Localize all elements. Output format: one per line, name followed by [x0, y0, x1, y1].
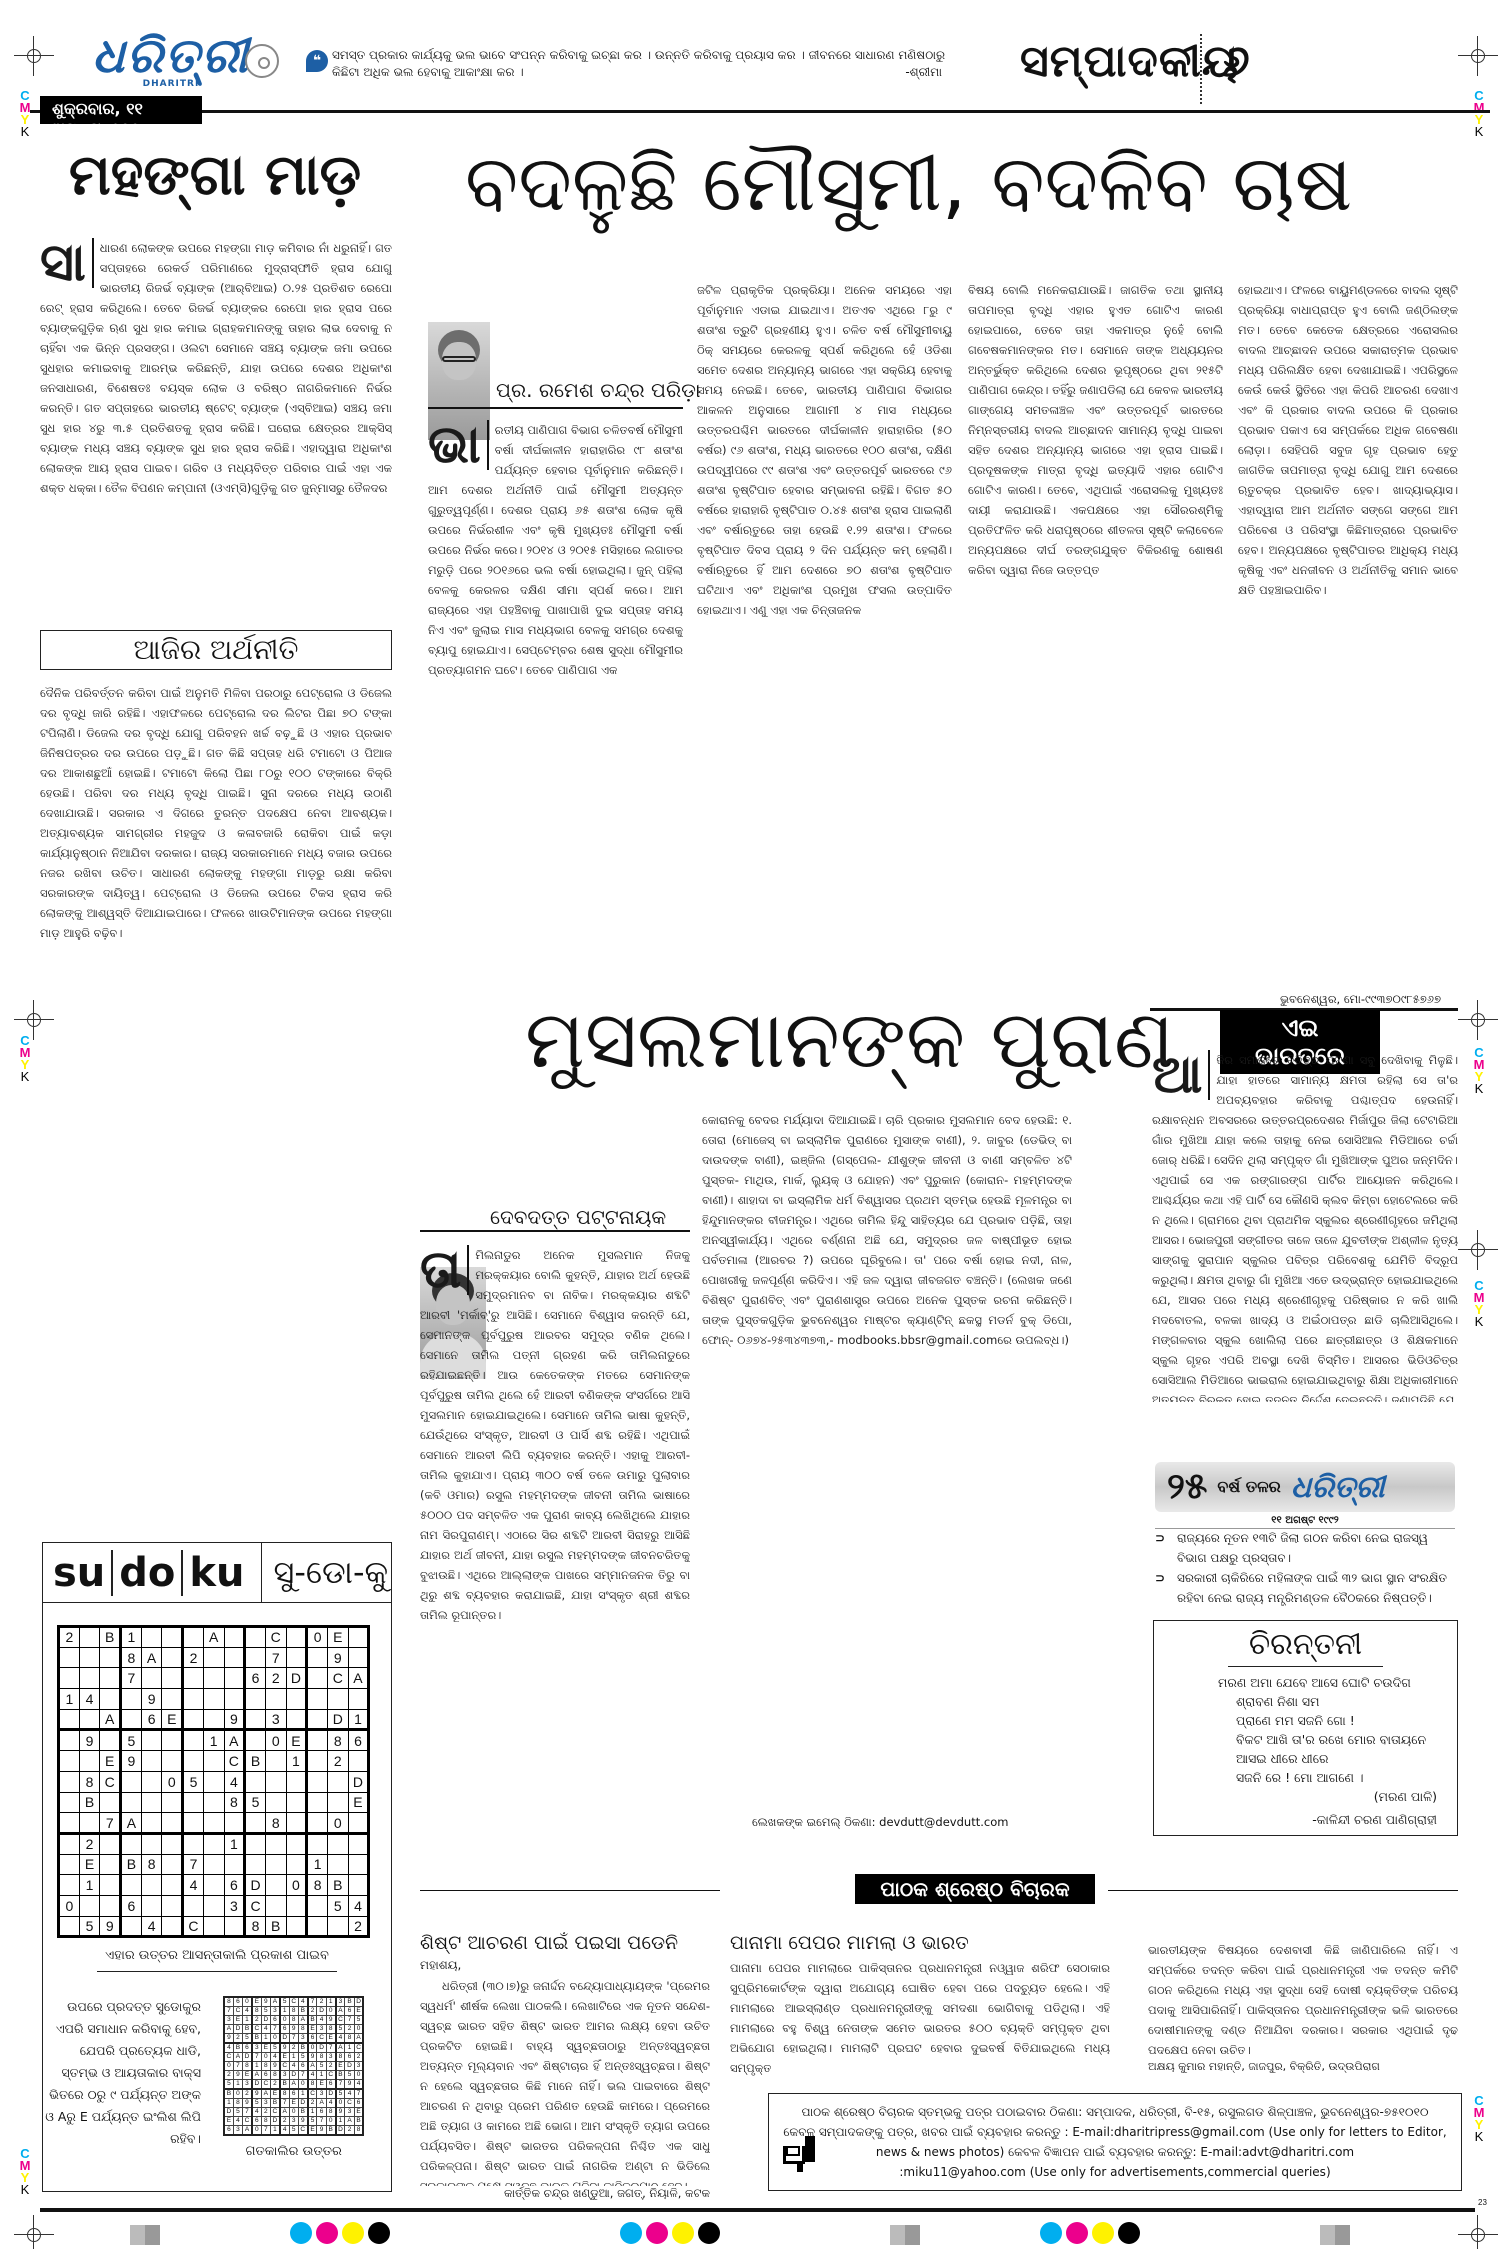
- sudoku-cell[interactable]: [245, 1833, 266, 1854]
- sudoku-cell[interactable]: [327, 1854, 348, 1875]
- sudoku-cell[interactable]: [203, 1668, 224, 1689]
- sudoku-cell[interactable]: [307, 1916, 328, 1937]
- lead-article-signoff: ଭୁବନେଶ୍ୱର, ମୋ-୯୯୩୭୦୯୮୫୭୬୭: [1280, 992, 1441, 1007]
- sudoku-cell[interactable]: E: [348, 1792, 369, 1813]
- letter-signer: ଅକ୍ଷୟ କୁମାର ମହାନ୍ତି, ଜାଜପୁର, ବିକ୍ରିତି, ଉ…: [1148, 2060, 1380, 2074]
- solution-cell: 8: [261, 2062, 270, 2071]
- solution-cell: 9: [326, 2016, 335, 2025]
- sudoku-cell[interactable]: 4: [79, 1689, 100, 1710]
- sudoku-cell[interactable]: [245, 1813, 266, 1834]
- solution-cell: 6: [354, 2099, 363, 2108]
- sudoku-cell[interactable]: 0: [307, 1627, 328, 1648]
- advt-email-alt[interactable]: :miku11@yahoo.com (Use only for advertis…: [779, 2162, 1451, 2182]
- sudoku-cell[interactable]: [286, 1854, 307, 1875]
- solution-cell: A: [345, 2117, 354, 2126]
- sudoku-cell[interactable]: 9: [224, 1709, 245, 1730]
- previous-solution-grid: 860E9A5C47213BD7C485318B2D0A6E3E12D608AB…: [223, 1996, 364, 2136]
- sudoku-cell[interactable]: [162, 1854, 183, 1875]
- sudoku-cell[interactable]: 1: [79, 1875, 100, 1896]
- sudoku-cell[interactable]: [307, 1792, 328, 1813]
- sudoku-cell[interactable]: [203, 1875, 224, 1896]
- sudoku-cell[interactable]: 6: [348, 1730, 369, 1751]
- sudoku-cell[interactable]: [245, 1627, 266, 1648]
- solution-cell: A: [289, 2080, 298, 2090]
- sudoku-cell[interactable]: [183, 1709, 204, 1730]
- sudoku-cell[interactable]: A: [203, 1627, 224, 1648]
- solution-cell: D: [289, 2071, 298, 2080]
- sudoku-cell[interactable]: B: [245, 1751, 266, 1772]
- sudoku-cell[interactable]: [245, 1771, 266, 1792]
- sudoku-cell[interactable]: [245, 1709, 266, 1730]
- sudoku-cell[interactable]: [59, 1668, 80, 1689]
- sudoku-cell[interactable]: [121, 1771, 142, 1792]
- sudoku-cell[interactable]: [224, 1813, 245, 1834]
- sudoku-cell[interactable]: [59, 1916, 80, 1937]
- sudoku-cell[interactable]: [183, 1668, 204, 1689]
- sudoku-cell[interactable]: B: [265, 1916, 286, 1937]
- sudoku-cell[interactable]: [203, 1916, 224, 1937]
- sudoku-cell[interactable]: 1: [203, 1730, 224, 1751]
- solution-cell: 9: [270, 2062, 279, 2071]
- sudoku-cell[interactable]: C: [327, 1668, 348, 1689]
- sudoku-cell[interactable]: [307, 1833, 328, 1854]
- sudoku-cell[interactable]: 3: [265, 1709, 286, 1730]
- sudoku-cell[interactable]: 9: [100, 1916, 121, 1937]
- sudoku-cell[interactable]: 9: [327, 1647, 348, 1668]
- sudoku-cell[interactable]: [265, 1771, 286, 1792]
- sudoku-cell[interactable]: [265, 1895, 286, 1916]
- sudoku-answer-note: ଏହାର ଉତ୍ତର ଆସନ୍ତାକାଲି ପ୍ରକାଶ ପାଇବ: [43, 1948, 391, 1963]
- sudoku-cell[interactable]: D: [245, 1875, 266, 1896]
- sudoku-cell[interactable]: [265, 1854, 286, 1875]
- sudoku-cell[interactable]: [203, 1813, 224, 1834]
- sudoku-cell[interactable]: [100, 1689, 121, 1710]
- solution-cell: D: [326, 2089, 335, 2099]
- solution-cell: 7: [252, 2053, 261, 2062]
- sudoku-cell[interactable]: 0: [59, 1895, 80, 1916]
- sudoku-cell[interactable]: [203, 1647, 224, 1668]
- sudoku-cell[interactable]: 8: [121, 1647, 142, 1668]
- sudoku-cell[interactable]: [265, 1751, 286, 1772]
- sudoku-cell[interactable]: 8: [245, 1916, 266, 1937]
- sudoku-cell[interactable]: 6: [141, 1709, 162, 1730]
- sudoku-cell[interactable]: C: [100, 1771, 121, 1792]
- sudoku-cell[interactable]: B: [79, 1792, 100, 1813]
- solution-cell: 3: [233, 2126, 242, 2136]
- sudoku-cell[interactable]: [121, 1709, 142, 1730]
- sudoku-cell[interactable]: [183, 1895, 204, 1916]
- solution-cell: 7: [308, 1997, 317, 2007]
- byline-rule: [420, 1230, 690, 1232]
- solution-cell: B: [308, 2016, 317, 2025]
- sudoku-cell[interactable]: [162, 1627, 183, 1648]
- sudoku-cell[interactable]: [327, 1689, 348, 1710]
- sudoku-cell[interactable]: [183, 1813, 204, 1834]
- sudoku-cell[interactable]: B: [327, 1875, 348, 1896]
- sudoku-cell[interactable]: [245, 1854, 266, 1875]
- sudoku-cell[interactable]: [59, 1875, 80, 1896]
- sudoku-cell[interactable]: [307, 1668, 328, 1689]
- sudoku-cell[interactable]: [183, 1792, 204, 1813]
- sudoku-cell[interactable]: 5: [327, 1895, 348, 1916]
- sudoku-cell[interactable]: 7: [121, 1668, 142, 1689]
- sudoku-cell[interactable]: A: [224, 1730, 245, 1751]
- solution-cell: 8: [298, 2025, 307, 2034]
- sudoku-cell[interactable]: [286, 1833, 307, 1854]
- sudoku-cell[interactable]: [245, 1647, 266, 1668]
- byline-rule: [428, 407, 683, 409]
- sudoku-cell[interactable]: C: [245, 1895, 266, 1916]
- solution-cell: B: [298, 2108, 307, 2117]
- sudoku-cell[interactable]: [245, 1689, 266, 1710]
- solution-cell: 4: [354, 2080, 363, 2090]
- sudoku-cell[interactable]: [162, 1647, 183, 1668]
- solution-cell: 6: [243, 2043, 252, 2053]
- sudoku-cell[interactable]: [59, 1813, 80, 1834]
- sudoku-cell[interactable]: 0: [286, 1875, 307, 1896]
- sudoku-cell[interactable]: [79, 1647, 100, 1668]
- sudoku-cell[interactable]: 0: [265, 1730, 286, 1751]
- sudoku-cell[interactable]: [327, 1771, 348, 1792]
- sudoku-cell[interactable]: 4: [224, 1771, 245, 1792]
- solution-cell: 4: [280, 2126, 289, 2136]
- sudoku-cell[interactable]: 1: [307, 1854, 328, 1875]
- sudoku-cell[interactable]: [307, 1647, 328, 1668]
- sudoku-cell[interactable]: [307, 1689, 328, 1710]
- sudoku-cell[interactable]: 5: [245, 1792, 266, 1813]
- sudoku-cell[interactable]: [286, 1916, 307, 1937]
- sudoku-cell[interactable]: 8: [141, 1854, 162, 1875]
- solution-cell: 1: [326, 1997, 335, 2007]
- sudoku-cell[interactable]: [286, 1627, 307, 1648]
- sudoku-cell[interactable]: [59, 1854, 80, 1875]
- sudoku-cell[interactable]: [203, 1792, 224, 1813]
- sudoku-cell[interactable]: 4: [183, 1875, 204, 1896]
- sudoku-cell[interactable]: [348, 1647, 369, 1668]
- sudoku-cell[interactable]: [183, 1833, 204, 1854]
- sudoku-cell[interactable]: [59, 1751, 80, 1772]
- sudoku-cell[interactable]: [307, 1709, 328, 1730]
- sudoku-cell[interactable]: [348, 1875, 369, 1896]
- sudoku-cell[interactable]: 8: [327, 1730, 348, 1751]
- sudoku-cell[interactable]: [100, 1647, 121, 1668]
- sudoku-cell[interactable]: [327, 1792, 348, 1813]
- sudoku-cell[interactable]: A: [348, 1668, 369, 1689]
- sudoku-cell[interactable]: E: [327, 1627, 348, 1648]
- solution-cell: E: [317, 2080, 326, 2090]
- sudoku-cell[interactable]: [141, 1771, 162, 1792]
- masthead: ଧରିତ୍ରୀ DHARITRI ଶୁକ୍ରବାର, ୧୧ ଅଗଷ୍ଟ, ୨୦୧…: [0, 0, 1500, 34]
- solution-cell: 5: [270, 2043, 279, 2053]
- solution-cell: B: [270, 2099, 279, 2108]
- sudoku-cell[interactable]: 2: [183, 1647, 204, 1668]
- solution-cell: 7: [280, 2099, 289, 2108]
- solution-cell: 4: [289, 2062, 298, 2071]
- sudoku-cell[interactable]: 8: [79, 1771, 100, 1792]
- solution-cell: 4: [308, 2071, 317, 2080]
- solution-cell: 0: [252, 2126, 261, 2136]
- sudoku-cell[interactable]: B: [100, 1627, 121, 1648]
- sudoku-cell[interactable]: 5: [183, 1771, 204, 1792]
- sudoku-cell[interactable]: C: [183, 1916, 204, 1937]
- sudoku-cell[interactable]: [307, 1730, 328, 1751]
- sudoku-cell[interactable]: [224, 1668, 245, 1689]
- solution-cell: 2: [354, 2053, 363, 2062]
- quote-of-the-day: ସମସ୍ତ ପ୍ରକାର କାର୍ଯ୍ୟକୁ ଭଲ ଭାବେ ସଂପନ୍ନ କର…: [332, 47, 972, 81]
- sudoku-cell[interactable]: [348, 1751, 369, 1772]
- sudoku-cell[interactable]: [286, 1792, 307, 1813]
- solution-cell: 6: [252, 2117, 261, 2126]
- sudoku-cell[interactable]: B: [121, 1854, 142, 1875]
- sudoku-cell[interactable]: 8: [265, 1813, 286, 1834]
- solution-cell: 2: [233, 2034, 242, 2044]
- sudoku-cell[interactable]: [203, 1771, 224, 1792]
- sudoku-cell[interactable]: [79, 1813, 100, 1834]
- sudoku-cell[interactable]: [79, 1709, 100, 1730]
- sudoku-cell[interactable]: 4: [348, 1895, 369, 1916]
- solution-cell: 6: [280, 2025, 289, 2034]
- sudoku-cell[interactable]: 2: [348, 1916, 369, 1937]
- sudoku-cell[interactable]: 3: [224, 1895, 245, 1916]
- sudoku-cell[interactable]: 0: [327, 1813, 348, 1834]
- solution-cell: B: [345, 1997, 354, 2007]
- sudoku-cell[interactable]: [141, 1875, 162, 1896]
- solution-cell: 6: [317, 2108, 326, 2117]
- sudoku-cell[interactable]: 0: [162, 1771, 183, 1792]
- sudoku-cell[interactable]: A: [100, 1709, 121, 1730]
- letter-title: ପାନାମା ପେପର ମାମଲା ଓ ଭାରତ: [730, 1930, 969, 1956]
- solution-cell: 9: [224, 2034, 233, 2044]
- solution-cell: C: [224, 2053, 233, 2062]
- sudoku-cell[interactable]: 1: [348, 1709, 369, 1730]
- sudoku-cell[interactable]: [265, 1833, 286, 1854]
- sudoku-cell[interactable]: 7: [265, 1647, 286, 1668]
- sudoku-cell[interactable]: [307, 1771, 328, 1792]
- sudoku-cell[interactable]: [286, 1647, 307, 1668]
- sudoku-cell[interactable]: [265, 1792, 286, 1813]
- dharitri-logo[interactable]: ଧରିତ୍ରୀ DHARITRI: [92, 28, 250, 89]
- sudoku-cell[interactable]: [203, 1895, 224, 1916]
- sudoku-cell[interactable]: [162, 1875, 183, 1896]
- sudoku-cell[interactable]: [162, 1792, 183, 1813]
- sudoku-cell[interactable]: [203, 1709, 224, 1730]
- sudoku-cell[interactable]: [183, 1689, 204, 1710]
- sudoku-cell[interactable]: [100, 1854, 121, 1875]
- sudoku-cell[interactable]: 8: [307, 1875, 328, 1896]
- sudoku-cell[interactable]: [327, 1833, 348, 1854]
- sudoku-cell[interactable]: C: [224, 1751, 245, 1772]
- solution-cell: 6: [224, 2126, 233, 2136]
- sudoku-cell[interactable]: [286, 1709, 307, 1730]
- solution-cell: E: [336, 2062, 345, 2071]
- sudoku-cell[interactable]: 8: [224, 1792, 245, 1813]
- sudoku-cell[interactable]: [245, 1730, 266, 1751]
- sudoku-cell[interactable]: [162, 1730, 183, 1751]
- solution-cell: 3: [224, 2016, 233, 2025]
- sudoku-cell[interactable]: [183, 1730, 204, 1751]
- sudoku-cell[interactable]: [100, 1833, 121, 1854]
- sudoku-cell[interactable]: C: [265, 1627, 286, 1648]
- sudoku-cell[interactable]: [79, 1627, 100, 1648]
- sudoku-cell[interactable]: [59, 1647, 80, 1668]
- sudoku-cell[interactable]: [162, 1916, 183, 1937]
- sudoku-cell[interactable]: [59, 1730, 80, 1751]
- solution-cell: 2: [224, 2071, 233, 2080]
- sudoku-cell[interactable]: [100, 1875, 121, 1896]
- sudoku-cell[interactable]: 2: [265, 1668, 286, 1689]
- sudoku-cell[interactable]: [141, 1730, 162, 1751]
- solution-cell: 1: [317, 2071, 326, 2080]
- sudoku-cell[interactable]: 9: [79, 1730, 100, 1751]
- sudoku-cell[interactable]: [100, 1668, 121, 1689]
- sudoku-cell[interactable]: [224, 1647, 245, 1668]
- sudoku-cell[interactable]: [327, 1916, 348, 1937]
- sudoku-cell[interactable]: [224, 1627, 245, 1648]
- sudoku-cell[interactable]: E: [286, 1730, 307, 1751]
- sudoku-cell[interactable]: 5: [121, 1730, 142, 1751]
- sudoku-cell[interactable]: [162, 1668, 183, 1689]
- cmyk-marker: CMYK: [18, 90, 32, 138]
- sudoku-cell[interactable]: [162, 1689, 183, 1710]
- sudoku-cell[interactable]: [307, 1751, 328, 1772]
- sudoku-cell[interactable]: [121, 1689, 142, 1710]
- sudoku-cell[interactable]: D: [327, 1709, 348, 1730]
- sudoku-cell[interactable]: [162, 1833, 183, 1854]
- sudoku-cell[interactable]: A: [121, 1813, 142, 1834]
- sudoku-cell[interactable]: [162, 1895, 183, 1916]
- sudoku-cell[interactable]: [307, 1895, 328, 1916]
- sudoku-cell[interactable]: [224, 1854, 245, 1875]
- sudoku-cell[interactable]: [141, 1813, 162, 1834]
- solution-cell: 6: [345, 2007, 354, 2016]
- sudoku-cell[interactable]: E: [162, 1709, 183, 1730]
- cmyk-marker: CMYK: [18, 2148, 32, 2196]
- solution-cell: 2: [252, 2016, 261, 2025]
- sudoku-cell[interactable]: [183, 1627, 204, 1648]
- sudoku-cell[interactable]: [121, 1792, 142, 1813]
- sudoku-cell[interactable]: [100, 1895, 121, 1916]
- sudoku-cell[interactable]: [79, 1895, 100, 1916]
- sudoku-cell[interactable]: 9: [141, 1689, 162, 1710]
- solution-cell: 0: [233, 2089, 242, 2099]
- sudoku-cell[interactable]: 1: [121, 1627, 142, 1648]
- sudoku-cell[interactable]: [183, 1751, 204, 1772]
- sudoku-cell[interactable]: [348, 1689, 369, 1710]
- sudoku-cell[interactable]: [59, 1833, 80, 1854]
- author-email[interactable]: ଲେଖକଙ୍କ ଇମେଲ୍ ଠିକଣା: devdutt@devdutt.com: [752, 1815, 1008, 1830]
- sudoku-cell[interactable]: 5: [79, 1916, 100, 1937]
- solution-cell: D: [317, 2007, 326, 2016]
- lead-article-title: ବଦଳୁଛି ମୌସୁମୀ, ବଦଳିବ ଚାଷ: [465, 145, 1352, 223]
- solution-cell: 9: [280, 2043, 289, 2053]
- solution-cell: 5: [336, 2025, 345, 2034]
- sudoku-cell[interactable]: [348, 1833, 369, 1854]
- sudoku-cell[interactable]: [59, 1792, 80, 1813]
- sudoku-cell[interactable]: [141, 1833, 162, 1854]
- sudoku-cell[interactable]: 2: [79, 1833, 100, 1854]
- sudoku-cell[interactable]: [121, 1916, 142, 1937]
- sudoku-cell[interactable]: [224, 1916, 245, 1937]
- sudoku-cell[interactable]: [141, 1751, 162, 1772]
- sudoku-cell[interactable]: [203, 1689, 224, 1710]
- sudoku-cell[interactable]: [348, 1813, 369, 1834]
- sudoku-cell[interactable]: [286, 1895, 307, 1916]
- sudoku-cell[interactable]: E: [79, 1854, 100, 1875]
- sudoku-cell[interactable]: [286, 1771, 307, 1792]
- sudoku-cell[interactable]: [286, 1689, 307, 1710]
- sudoku-cell[interactable]: [286, 1813, 307, 1834]
- sudoku-cell[interactable]: [59, 1709, 80, 1730]
- sudoku-grid[interactable]: 2B1AC0E8A279762DCA149A6E93D1951A0E86E9CB…: [57, 1625, 370, 1938]
- sudoku-cell[interactable]: 9: [121, 1751, 142, 1772]
- solution-cell: 2: [243, 2089, 252, 2099]
- sudoku-cell[interactable]: D: [286, 1668, 307, 1689]
- sudoku-cell[interactable]: 2: [327, 1751, 348, 1772]
- sudoku-cell[interactable]: [348, 1627, 369, 1648]
- solution-cell: C: [270, 2108, 279, 2117]
- sudoku-cell[interactable]: [79, 1668, 100, 1689]
- sudoku-cell[interactable]: [348, 1854, 369, 1875]
- sudoku-cell[interactable]: A: [141, 1647, 162, 1668]
- solution-cell: 8: [252, 2007, 261, 2016]
- sudoku-cell[interactable]: [265, 1689, 286, 1710]
- sudoku-cell[interactable]: [162, 1751, 183, 1772]
- sudoku-cell[interactable]: [121, 1833, 142, 1854]
- 25-years-ago-list: ରାଜ୍ୟରେ ନୂତନ ୧୩ଟି ଜିଲା ଗଠନ କରିବା ନେଇ ରାଜ…: [1155, 1528, 1460, 1608]
- sudoku-cell[interactable]: [141, 1792, 162, 1813]
- solution-cell: 4: [298, 1997, 307, 2007]
- chirantani-poem-box: ଚିରନ୍ତନୀ ମରଣ ଅମା ଯେବେ ଆସେ ଘୋଟି ଚଉଦିଗ ଶ୍ର…: [1153, 1620, 1458, 1836]
- sudoku-cell[interactable]: [265, 1875, 286, 1896]
- sudoku-cell[interactable]: 4: [141, 1916, 162, 1937]
- sudoku-cell[interactable]: [203, 1854, 224, 1875]
- sudoku-cell[interactable]: D: [348, 1771, 369, 1792]
- sudoku-cell[interactable]: [203, 1751, 224, 1772]
- sudoku-cell[interactable]: 1: [59, 1689, 80, 1710]
- sudoku-cell[interactable]: 6: [224, 1875, 245, 1896]
- sudoku-cell[interactable]: [141, 1895, 162, 1916]
- solution-cell: C: [289, 1997, 298, 2007]
- sudoku-cell[interactable]: [100, 1730, 121, 1751]
- sudoku-instructions: ଉପରେ ପ୍ରଦତ୍ତ ସୁଡୋକୁର ଏପରି ସମାଧାନ କରିବାକୁ…: [43, 1996, 213, 2159]
- cmyk-marker: CMYK: [1472, 1047, 1486, 1095]
- sudoku-cell[interactable]: [162, 1813, 183, 1834]
- sudoku-cell[interactable]: 2: [59, 1627, 80, 1648]
- sudoku-cell[interactable]: 1: [224, 1833, 245, 1854]
- solution-cell: 7: [336, 2080, 345, 2090]
- sudoku-cell[interactable]: [307, 1813, 328, 1834]
- sudoku-cell[interactable]: 6: [245, 1668, 266, 1689]
- sudoku-cell[interactable]: [59, 1771, 80, 1792]
- sudoku-cell[interactable]: 7: [100, 1813, 121, 1834]
- sudoku-cell[interactable]: [100, 1792, 121, 1813]
- sudoku-cell[interactable]: [141, 1668, 162, 1689]
- sudoku-cell[interactable]: [141, 1627, 162, 1648]
- sudoku-cell[interactable]: 7: [183, 1854, 204, 1875]
- sudoku-cell[interactable]: [224, 1689, 245, 1710]
- solution-cell: 7: [326, 2043, 335, 2053]
- solution-cell: 1: [233, 2080, 242, 2090]
- sudoku-cell[interactable]: [79, 1751, 100, 1772]
- sudoku-cell[interactable]: [121, 1875, 142, 1896]
- sudoku-cell[interactable]: 1: [286, 1751, 307, 1772]
- sudoku-cell[interactable]: E: [100, 1751, 121, 1772]
- editor-email[interactable]: କେବଳ ସମ୍ପାଦକଙ୍କୁ ପତ୍ର, ଖବର ପାଇଁ ବ୍ୟବହାର …: [779, 2122, 1451, 2142]
- solution-cell: D: [345, 2062, 354, 2071]
- advt-email[interactable]: news & news photos) କେବଳ ବିଜ୍ଞାପନ ପାଇଁ ବ…: [779, 2142, 1451, 2162]
- sudoku-cell[interactable]: 6: [121, 1895, 142, 1916]
- sudoku-cell[interactable]: [203, 1833, 224, 1854]
